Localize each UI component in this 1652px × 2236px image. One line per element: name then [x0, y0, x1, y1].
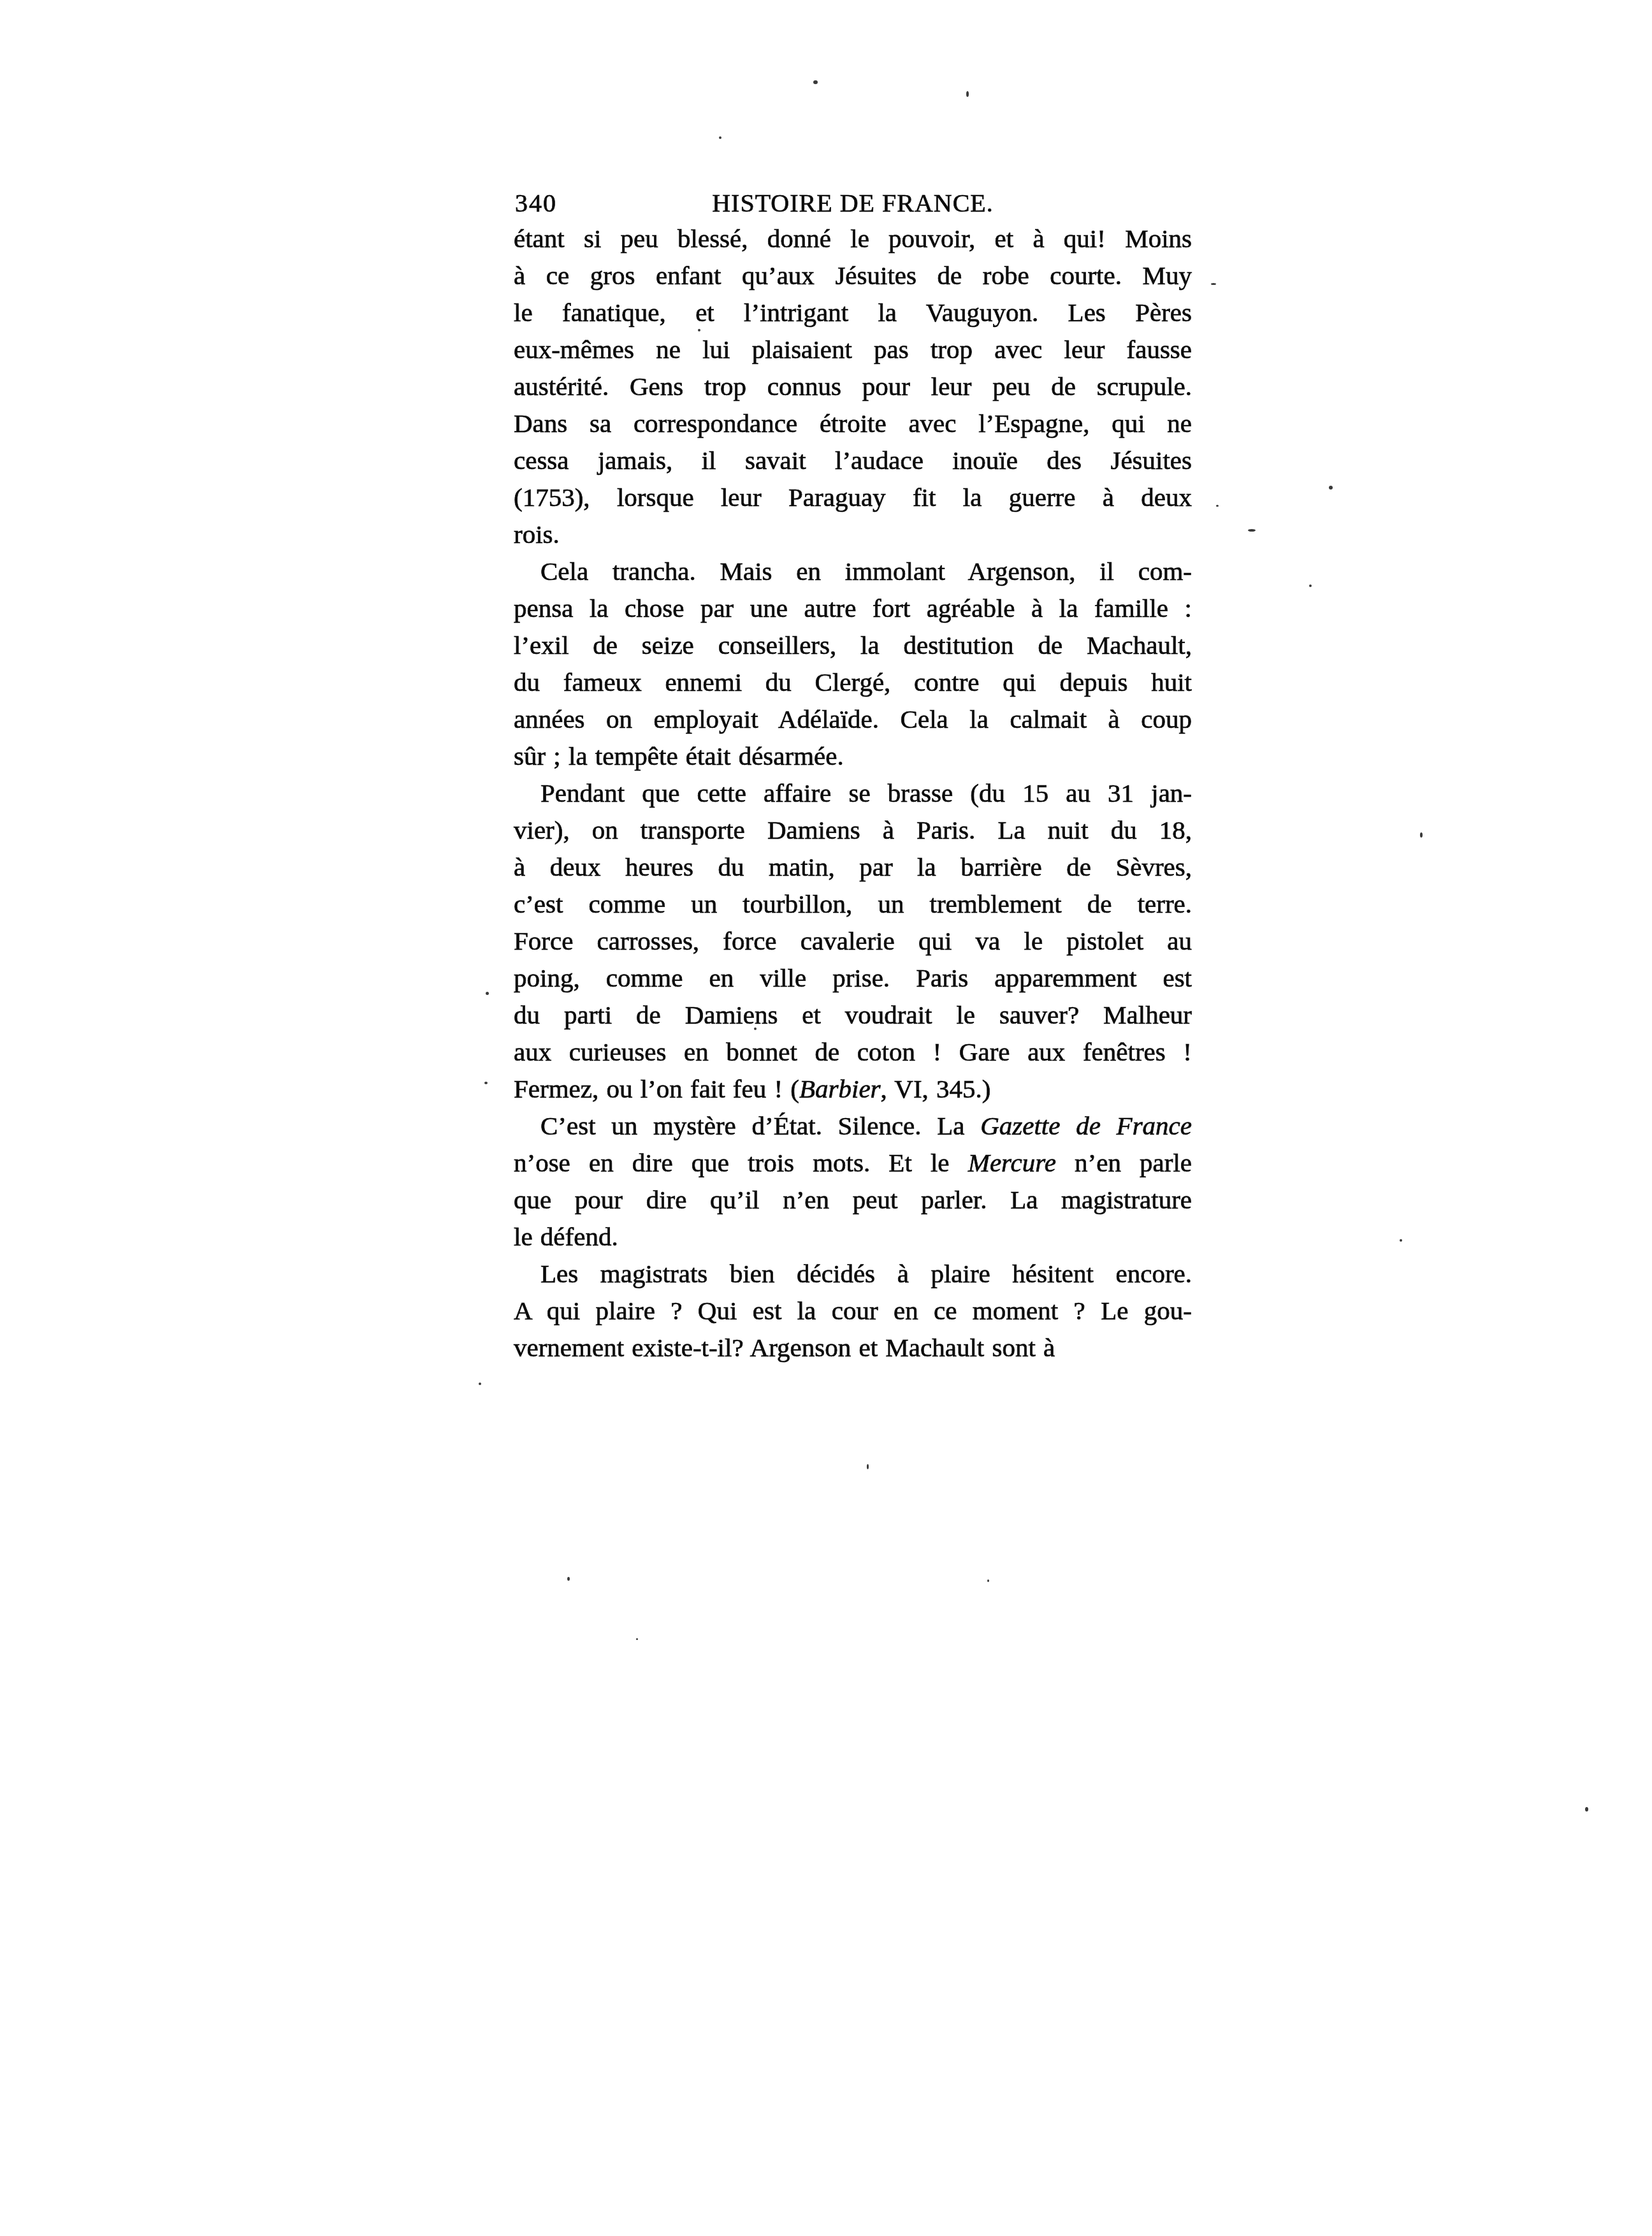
paragraph: Cela trancha. Mais en immolant Argenson,…: [514, 553, 1192, 774]
text-line: le défend.: [514, 1218, 1192, 1255]
text-line: aux curieuses en bonnet de coton ! Gare …: [514, 1033, 1192, 1070]
scan-speck: [966, 91, 969, 97]
text-line: poing, comme en ville prise. Paris appar…: [514, 959, 1192, 996]
text-line: du parti de Damiens et voudrait le sauve…: [514, 996, 1192, 1033]
text-line: Dans sa correspondance étroite avec l’Es…: [514, 405, 1192, 442]
scan-speck: [486, 992, 489, 995]
page-header: 340 HISTOIRE DE FRANCE.: [514, 187, 1192, 220]
text-line: Cela trancha. Mais en immolant Argenson,…: [514, 553, 1192, 590]
text-line: l’exil de seize conseillers, la destitut…: [514, 627, 1192, 664]
text-line: années on employait Adélaïde. Cela la ca…: [514, 701, 1192, 737]
text-line: vernement existe-t-il? Argenson et Macha…: [514, 1329, 1192, 1366]
running-header: HISTOIRE DE FRANCE.: [712, 187, 994, 220]
text-line: pensa la chose par une autre fort agréab…: [514, 590, 1192, 627]
scan-speck: [567, 1577, 570, 1581]
text-line: à deux heures du matin, par la barrière …: [514, 848, 1192, 885]
text-line: (1753), lorsque leur Paraguay fit la gue…: [514, 479, 1192, 516]
scanned-page: 340 HISTOIRE DE FRANCE. étant si peu ble…: [0, 0, 1652, 2236]
text-line: vier), on transporte Damiens à Paris. La…: [514, 811, 1192, 848]
paragraph: C’est un mystère d’État. Silence. La Gaz…: [514, 1107, 1192, 1255]
text-line: Fermez, ou l’on fait feu ! (Barbier, VI,…: [514, 1070, 1192, 1107]
text-line: C’est un mystère d’État. Silence. La Gaz…: [514, 1107, 1192, 1144]
scan-speck: [698, 329, 700, 331]
text-line: Pendant que cette affaire se brasse (du …: [514, 774, 1192, 811]
paragraph: Pendant que cette affaire se brasse (du …: [514, 774, 1192, 1107]
scan-speck: [1216, 505, 1219, 507]
text-line: que pour dire qu’il n’en peut parler. La…: [514, 1181, 1192, 1218]
scan-speck: [813, 80, 818, 84]
scan-speck: [987, 1579, 989, 1582]
text-line: à ce gros enfant qu’aux Jésuites de robe…: [514, 257, 1192, 294]
text-line: du fameux ennemi du Clergé, contre qui d…: [514, 664, 1192, 701]
scan-speck: [1248, 529, 1256, 532]
scan-speck: [479, 1383, 481, 1385]
text-line: c’est comme un tourbillon, un tremblemen…: [514, 885, 1192, 922]
scan-speck: [867, 1464, 869, 1469]
text-line: rois.: [514, 516, 1192, 553]
scan-speck: [1420, 832, 1423, 838]
text-line: sûr ; la tempête était désarmée.: [514, 737, 1192, 774]
paragraph: étant si peu blessé, donné le pouvoir, e…: [514, 220, 1192, 553]
text-line: le fanatique, et l’intrigant la Vauguyon…: [514, 294, 1192, 331]
paragraph: Les magistrats bien décidés à plaire hés…: [514, 1255, 1192, 1366]
text-line: austérité. Gens trop connus pour leur pe…: [514, 368, 1192, 405]
text-block: 340 HISTOIRE DE FRANCE. étant si peu ble…: [514, 187, 1192, 1366]
page-number: 340: [515, 187, 557, 220]
scan-speck: [636, 1638, 638, 1640]
text-line: n’ose en dire que trois mots. Et le Merc…: [514, 1144, 1192, 1181]
text-line: Les magistrats bien décidés à plaire hés…: [514, 1255, 1192, 1292]
scan-speck: [1400, 1239, 1402, 1242]
scan-speck: [719, 136, 721, 139]
scan-speck: [1329, 486, 1333, 490]
scan-speck: [1585, 1807, 1588, 1811]
scan-speck: [1309, 584, 1312, 587]
text-line: étant si peu blessé, donné le pouvoir, e…: [514, 220, 1192, 257]
text-line: cessa jamais, il savait l’audace inouïe …: [514, 442, 1192, 479]
page-body: étant si peu blessé, donné le pouvoir, e…: [514, 220, 1192, 1366]
scan-speck: [754, 1027, 757, 1030]
text-line: A qui plaire ? Qui est la cour en ce mom…: [514, 1292, 1192, 1329]
text-line: eux-mêmes ne lui plaisaient pas trop ave…: [514, 331, 1192, 368]
scan-speck: [1211, 283, 1216, 285]
scan-speck: [484, 1082, 488, 1084]
text-line: Force carrosses, force cavalerie qui va …: [514, 922, 1192, 959]
